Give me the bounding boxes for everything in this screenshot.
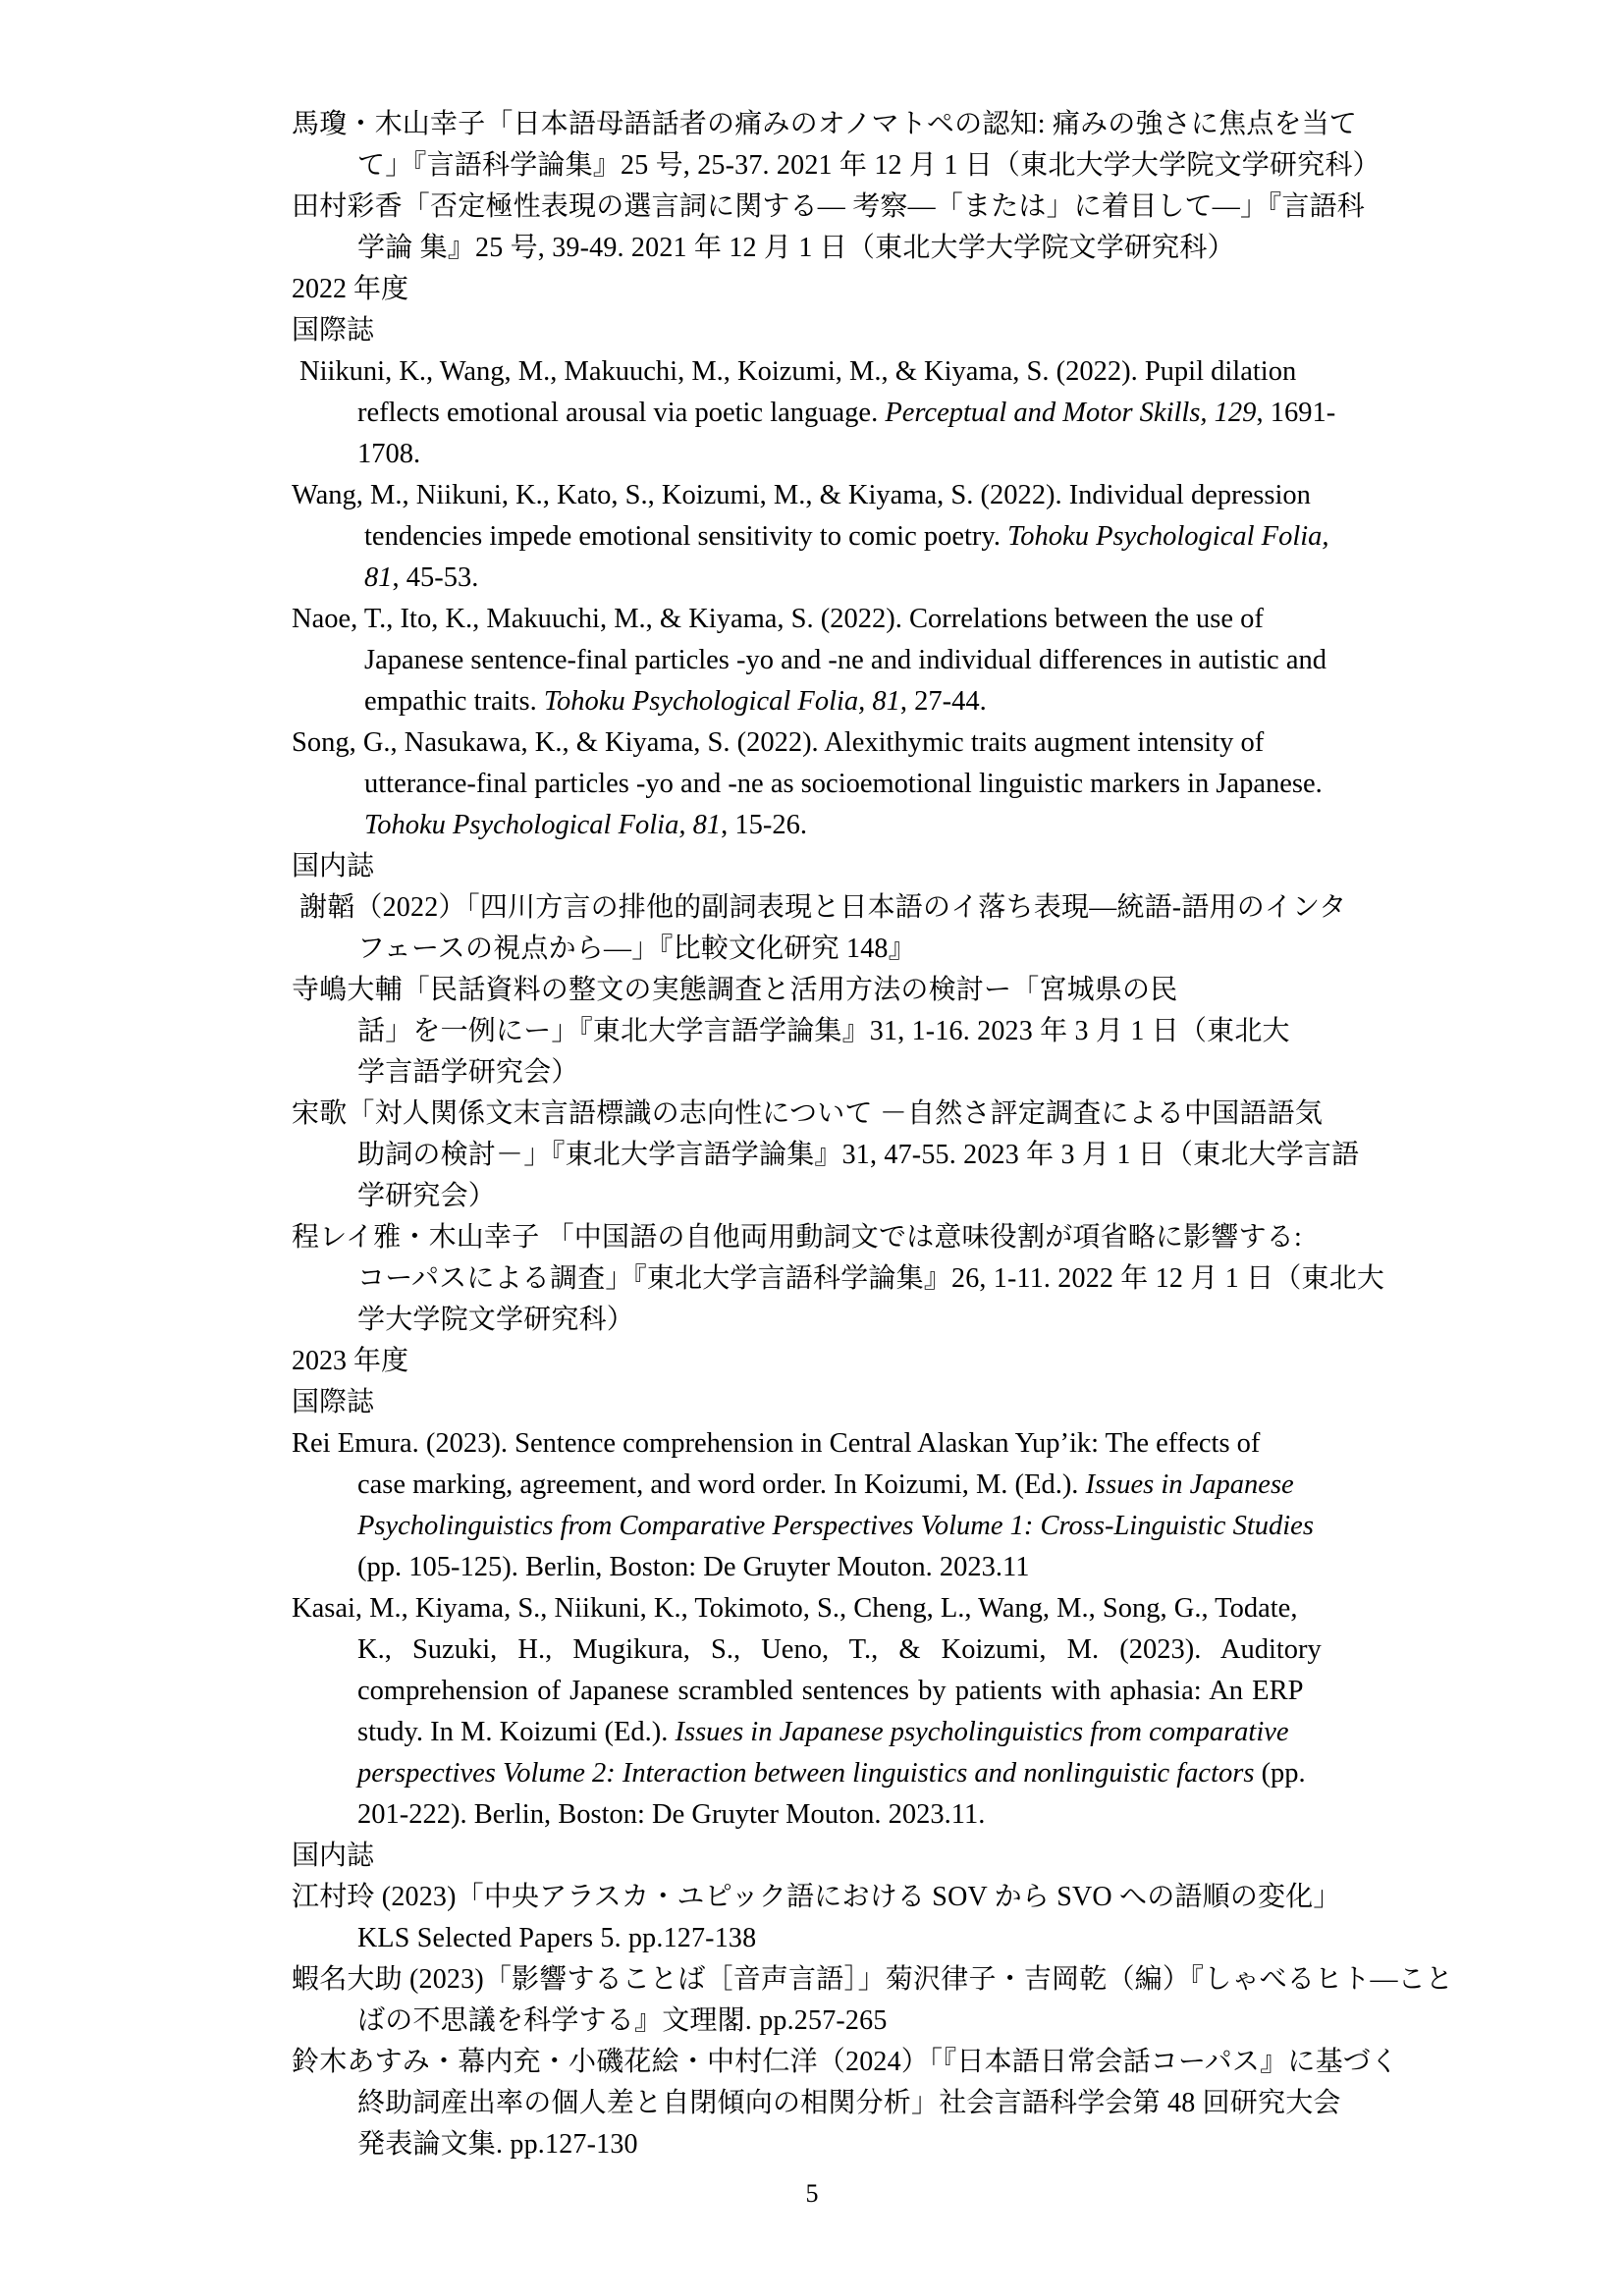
reference-line: 学論 集』25 号, 39-49. 2021 年 12 月 1 日（東北大学大学…	[292, 228, 1413, 269]
reference-line: KLS Selected Papers 5. pp.127-138	[292, 1918, 1413, 1959]
year-heading-2022: 2022 年度	[292, 269, 1413, 310]
reference-line: 蝦名大助 (2023)「影響することば［音声言語］」菊沢律子・吉岡乾（編）『しゃ…	[292, 1959, 1413, 2001]
reference-line: reflects emotional arousal via poetic la…	[292, 393, 1413, 434]
reference-line: (pp. 105-125). Berlin, Boston: De Gruyte…	[292, 1547, 1413, 1588]
reference-line: Song, G., Nasukawa, K., & Kiyama, S. (20…	[292, 722, 1413, 764]
group-heading-international: 国際誌	[292, 1382, 1413, 1423]
book-title: Issues in Japanese psycholinguistics fro…	[676, 1717, 1289, 1747]
reference-line: 学大学院文学研究科）	[292, 1300, 1413, 1341]
reference-line: て」『言語科学論集』25 号, 25-37. 2021 年 12 月 1 日（東…	[292, 145, 1413, 187]
reference-line: tendencies impede emotional sensitivity …	[292, 516, 1413, 558]
reference-line: Psycholinguistics from Comparative Persp…	[292, 1506, 1413, 1547]
reference-entry: 馬瓊・木山幸子「日本語母語話者の痛みのオノマトペの認知: 痛みの強さに焦点を当て…	[292, 104, 1413, 187]
reference-line: Naoe, T., Ito, K., Makuuchi, M., & Kiyam…	[292, 599, 1413, 640]
reference-line: utterance-final particles -yo and -ne as…	[292, 764, 1413, 805]
reference-line: K., Suzuki, H., Mugikura, S., Ueno, T., …	[292, 1629, 1413, 1671]
year-heading-2023: 2023 年度	[292, 1341, 1413, 1382]
reference-line: 江村玲 (2023)「中央アラスカ・ユピック語における SOV から SVO へ…	[292, 1877, 1413, 1918]
journal-title: Perceptual and Motor Skills, 129	[885, 398, 1256, 428]
reference-line: Tohoku Psychological Folia, 81, 15-26.	[292, 805, 1413, 846]
reference-line: 発表論文集. pp.127-130	[292, 2124, 1413, 2165]
reference-line: empathic traits. Tohoku Psychological Fo…	[292, 681, 1413, 722]
book-title: Psycholinguistics from Comparative Persp…	[357, 1511, 1314, 1541]
reference-line: 寺嶋大輔「民話資料の整文の実態調査と活用方法の検討ー「宮城県の民	[292, 970, 1413, 1011]
book-title: Issues in Japanese	[1086, 1469, 1294, 1500]
reference-entry: 謝韜（2022）「四川方言の排他的副詞表現と日本語のイ落ち表現―統語-語用のイン…	[292, 887, 1413, 970]
reference-line: Wang, M., Niikuni, K., Kato, S., Koizumi…	[292, 475, 1413, 516]
document-page: 馬瓊・木山幸子「日本語母語話者の痛みのオノマトペの認知: 痛みの強さに焦点を当て…	[292, 104, 1413, 2165]
reference-line: Niikuni, K., Wang, M., Makuuchi, M., Koi…	[292, 351, 1413, 393]
group-heading-international: 国際誌	[292, 310, 1413, 351]
reference-line: 宋歌「対人関係文末言語標識の志向性について －自然さ評定調査による中国語語気	[292, 1094, 1413, 1135]
reference-entry: Kasai, M., Kiyama, S., Niikuni, K., Toki…	[292, 1588, 1413, 1836]
reference-entry: 程レイ雅・木山幸子 「中国語の自他両用動詞文では意味役割が項省略に影響する: コ…	[292, 1217, 1413, 1341]
reference-entry: Song, G., Nasukawa, K., & Kiyama, S. (20…	[292, 722, 1413, 846]
reference-line: 助詞の検討－」『東北大学言語学論集』31, 47-55. 2023 年 3 月 …	[292, 1135, 1413, 1176]
reference-line: perspectives Volume 2: Interaction betwe…	[292, 1753, 1413, 1794]
journal-volume: 81	[364, 562, 393, 593]
page-number: 5	[0, 2177, 1624, 2211]
reference-entry: 江村玲 (2023)「中央アラスカ・ユピック語における SOV から SVO へ…	[292, 1877, 1413, 1959]
group-heading-domestic: 国内誌	[292, 846, 1413, 887]
reference-line: コーパスによる調査」『東北大学言語科学論集』26, 1-11. 2022 年 1…	[292, 1258, 1413, 1300]
reference-entry: 蝦名大助 (2023)「影響することば［音声言語］」菊沢律子・吉岡乾（編）『しゃ…	[292, 1959, 1413, 2042]
journal-title: Tohoku Psychological Folia,	[1007, 521, 1328, 552]
reference-line: 程レイ雅・木山幸子 「中国語の自他両用動詞文では意味役割が項省略に影響する:	[292, 1217, 1413, 1258]
group-heading-domestic: 国内誌	[292, 1836, 1413, 1877]
reference-entry: 寺嶋大輔「民話資料の整文の実態調査と活用方法の検討ー「宮城県の民 話」を一例にー…	[292, 970, 1413, 1094]
reference-entry: Rei Emura. (2023). Sentence comprehensio…	[292, 1423, 1413, 1588]
reference-line: フェースの視点から―」『比較文化研究 148』	[292, 929, 1413, 970]
reference-line: Rei Emura. (2023). Sentence comprehensio…	[292, 1423, 1413, 1465]
reference-line: ばの不思議を科学する』文理閣. pp.257-265	[292, 2001, 1413, 2042]
reference-entry: Wang, M., Niikuni, K., Kato, S., Koizumi…	[292, 475, 1413, 599]
reference-line: study. In M. Koizumi (Ed.). Issues in Ja…	[292, 1712, 1413, 1753]
reference-entry: Naoe, T., Ito, K., Makuuchi, M., & Kiyam…	[292, 599, 1413, 722]
reference-line: 馬瓊・木山幸子「日本語母語話者の痛みのオノマトペの認知: 痛みの強さに焦点を当て	[292, 104, 1413, 145]
reference-line: 1708.	[292, 434, 1413, 475]
reference-line: 学言語学研究会）	[292, 1052, 1413, 1094]
reference-line: 田村彩香「否定極性表現の選言詞に関する― 考察―「または」に着目して―」『言語科	[292, 187, 1413, 228]
reference-line: Japanese sentence-final particles -yo an…	[292, 640, 1413, 681]
reference-line: Kasai, M., Kiyama, S., Niikuni, K., Toki…	[292, 1588, 1413, 1629]
journal-title: Tohoku Psychological Folia, 81	[544, 686, 900, 717]
reference-line: 81, 45-53.	[292, 558, 1413, 599]
reference-entry: 宋歌「対人関係文末言語標識の志向性について －自然さ評定調査による中国語語気 助…	[292, 1094, 1413, 1217]
book-title: perspectives Volume 2: Interaction betwe…	[357, 1758, 1254, 1789]
reference-line: 話」を一例にー」『東北大学言語学論集』31, 1-16. 2023 年 3 月 …	[292, 1011, 1413, 1052]
reference-line: 201-222). Berlin, Boston: De Gruyter Mou…	[292, 1794, 1413, 1836]
reference-entry: 鈴木あすみ・幕内充・小磯花絵・中村仁洋（2024）「『日本語日常会話コーパス』に…	[292, 2042, 1413, 2165]
reference-line: 鈴木あすみ・幕内充・小磯花絵・中村仁洋（2024）「『日本語日常会話コーパス』に…	[292, 2042, 1413, 2083]
reference-line: 終助詞産出率の個人差と自閉傾向の相関分析」社会言語科学会第 48 回研究大会	[292, 2083, 1413, 2124]
reference-line: comprehension of Japanese scrambled sent…	[292, 1671, 1413, 1712]
journal-title: Tohoku Psychological Folia, 81	[364, 810, 721, 840]
reference-line: case marking, agreement, and word order.…	[292, 1465, 1413, 1506]
reference-line: 学研究会）	[292, 1176, 1413, 1217]
reference-line: 謝韜（2022）「四川方言の排他的副詞表現と日本語のイ落ち表現―統語-語用のイン…	[292, 887, 1413, 929]
reference-entry: Niikuni, K., Wang, M., Makuuchi, M., Koi…	[292, 351, 1413, 475]
reference-entry: 田村彩香「否定極性表現の選言詞に関する― 考察―「または」に着目して―」『言語科…	[292, 187, 1413, 269]
